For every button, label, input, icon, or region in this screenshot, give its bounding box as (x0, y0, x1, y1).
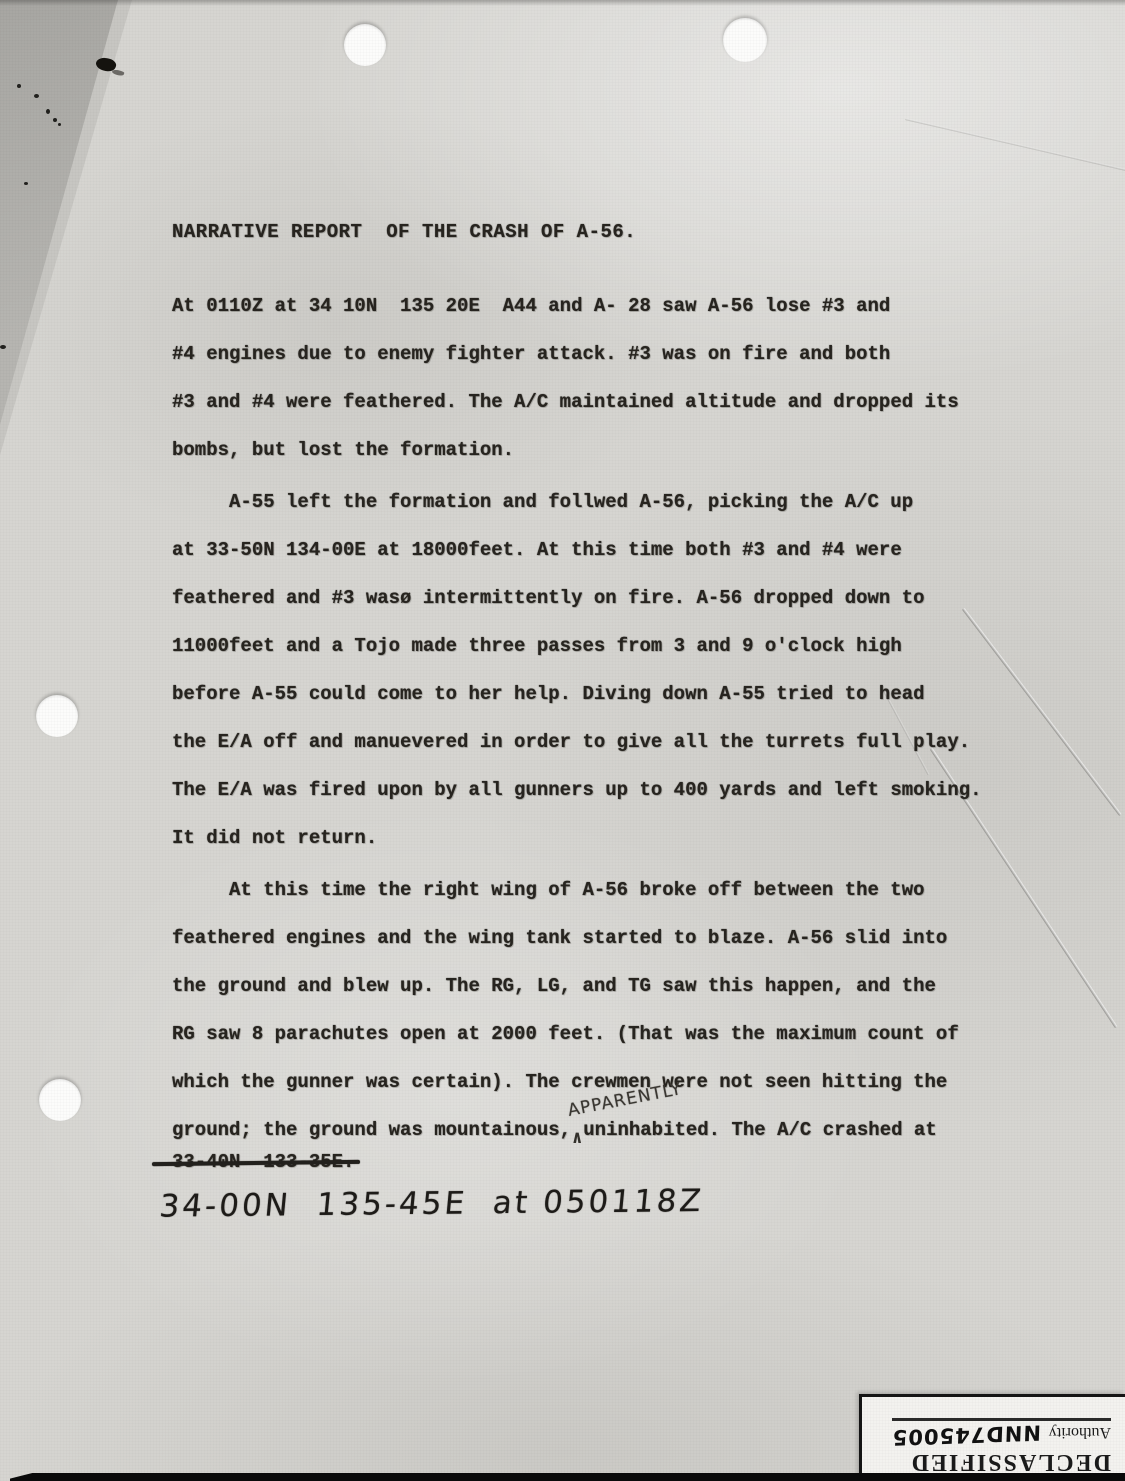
paragraph-2: A-55 left the formation and follwed A-56… (172, 478, 1052, 862)
page-title: NARRATIVE REPORT OF THE CRASH OF A-56. (172, 208, 1052, 256)
text-line: the ground and blew up. The RG, LG, and … (172, 962, 1052, 1010)
scan-edge-top (0, 0, 1125, 6)
speck (53, 118, 57, 122)
text-line: the E/A off and manuevered in order to g… (172, 718, 1052, 766)
struck-coordinates: 33-40N 133-35E. (172, 1144, 354, 1180)
text-line: feathered and #3 wasø intermittently on … (172, 574, 1052, 622)
declassified-stamp: DECLASSIFIED Authority NND745005 (859, 1394, 1125, 1481)
speck (46, 109, 50, 114)
document-page: NARRATIVE REPORT OF THE CRASH OF A-56. A… (0, 0, 1125, 1481)
speck (0, 345, 6, 349)
insertion-caret-mark: ∧ (571, 1129, 583, 1147)
text-line: feathered engines and the wing tank star… (172, 914, 1052, 962)
hole-punch-side-lower (39, 1079, 81, 1121)
paper-crease (905, 118, 1125, 178)
text-line: bombs, but lost the formation. (172, 426, 1052, 474)
text-line: before A-55 could come to her help. Divi… (172, 670, 1052, 718)
text-line: 11000feet and a Tojo made three passes f… (172, 622, 1052, 670)
text-line: The E/A was fired upon by all gunners up… (172, 766, 1052, 814)
speck (24, 182, 28, 185)
stamp-authority-label: Authority (1049, 1423, 1111, 1441)
paragraph-3: At this time the right wing of A-56 brok… (172, 866, 1052, 1154)
text-line: RG saw 8 parachutes open at 2000 feet. (… (172, 1010, 1052, 1058)
hole-punch-top-right (723, 18, 767, 62)
scan-edge-bar (10, 1473, 1125, 1481)
text-after-insert: uninhabited. The A/C crashed at (583, 1119, 936, 1141)
stamp-authority-row: Authority NND745005 (892, 1418, 1111, 1447)
text-line: At 0110Z at 34 10N 135 20E A44 and A- 28… (172, 282, 1052, 330)
text-before-insert: ground; the ground was mountainous, (172, 1119, 571, 1141)
handwritten-correction: 34-00N 135-45E at 050118Z (158, 1179, 1054, 1224)
typed-report: NARRATIVE REPORT OF THE CRASH OF A-56. A… (172, 208, 1052, 1220)
text-line: At this time the right wing of A-56 brok… (172, 866, 1052, 914)
speck (17, 84, 21, 88)
stamp-declassified-text: DECLASSIFIED (910, 1448, 1111, 1475)
speck (34, 94, 39, 98)
insertion-point: APPARENTLY∧ (571, 1106, 583, 1154)
text-line: at 33-50N 134-00E at 18000feet. At this … (172, 526, 1052, 574)
hole-punch-top-left (344, 24, 386, 66)
text-line: #4 engines due to enemy fighter attack. … (172, 330, 1052, 378)
hole-punch-side-upper (36, 695, 78, 737)
speck (58, 123, 61, 126)
text-line: A-55 left the formation and follwed A-56… (172, 478, 1052, 526)
text-line: It did not return. (172, 814, 1052, 862)
stamp-authority-number: NND745005 (891, 1420, 1041, 1449)
text-line: #3 and #4 were feathered. The A/C mainta… (172, 378, 1052, 426)
paragraph-1: At 0110Z at 34 10N 135 20E A44 and A- 28… (172, 282, 1052, 474)
stamp-content: DECLASSIFIED Authority NND745005 (862, 1397, 1125, 1481)
